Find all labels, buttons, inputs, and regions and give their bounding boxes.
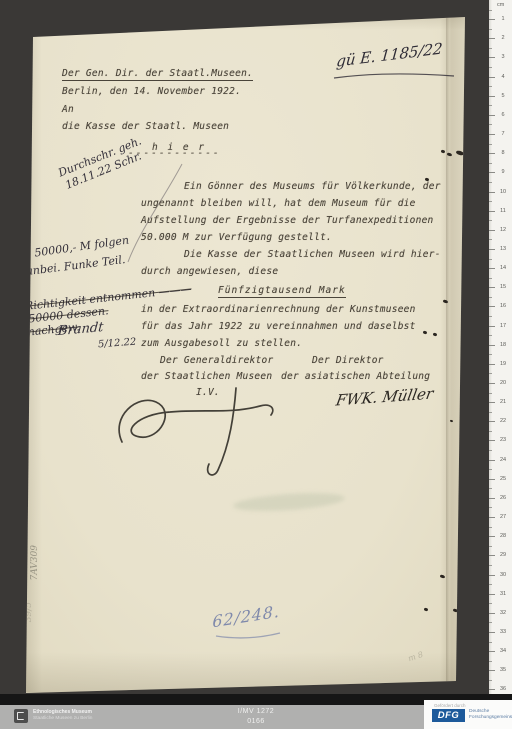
ruler-half-tick	[489, 10, 492, 11]
ruler-cm-tick	[489, 287, 495, 288]
ruler-cm-number: 17	[496, 323, 510, 329]
punch-hole	[424, 608, 429, 612]
edge-inventory-mark-2: 39/5	[24, 602, 34, 622]
ruler-cm-number: 34	[496, 648, 510, 654]
ruler-half-tick	[489, 105, 492, 106]
ruler-cm-tick	[489, 172, 495, 173]
ruler-cm-number: 9	[496, 169, 510, 175]
ruler-cm-tick	[489, 115, 495, 116]
signer-title-right: Der Direktor	[312, 355, 384, 366]
ruler-cm-tick	[489, 555, 495, 556]
body-paragraph1-line4: 50.000 M zur Verfügung gestellt.	[141, 232, 332, 243]
punch-hole	[453, 608, 459, 612]
punch-hole	[441, 150, 446, 154]
edge-inventory-mark-1: 7AV309	[30, 545, 40, 580]
margin-note-signature: Brandt	[57, 320, 104, 339]
ruler-cm-tick	[489, 498, 495, 499]
ruler-cm-number: 23	[496, 437, 510, 443]
ruler-cm-number: 13	[496, 246, 510, 252]
ruler-cm-tick	[489, 479, 495, 480]
punch-hole	[450, 420, 453, 423]
ruler-cm-number: 20	[496, 380, 510, 386]
ruler-half-tick	[489, 316, 492, 317]
body-paragraph3-line2: für das Jahr 1922 zu vereinnahmen und da…	[141, 321, 416, 332]
ruler-half-tick	[489, 144, 492, 145]
funder-patch: Gefördert durch DFG Deutsche Forschungsg…	[424, 700, 512, 729]
body-paragraph2-line2: durch angewiesen, diese	[141, 266, 278, 277]
ruler-cm-number: 28	[496, 533, 510, 539]
ruler-cm-number: 5	[496, 93, 510, 99]
signer-subtitle-right: der asiatischen Abteilung	[281, 371, 430, 382]
body-paragraph1-line3: Aufstellung der Ergebnisse der Turfanexp…	[141, 215, 434, 226]
ruler-cm-number: 10	[496, 189, 510, 195]
ruler-half-tick	[489, 182, 492, 183]
ruler-half-tick	[489, 373, 492, 374]
ruler-cm-tick	[489, 689, 495, 690]
ruler-half-tick	[489, 29, 492, 30]
ruler-cm-tick	[489, 402, 495, 403]
ruler-cm-tick	[489, 632, 495, 633]
body-paragraph2-line1: Die Kasse der Staatlichen Museen wird hi…	[184, 249, 441, 260]
paper-edge-shadow-top	[30, 16, 466, 30]
sender-line: Der Gen. Dir. der Staatl.Museen.	[62, 68, 253, 81]
ruler-cm-number: 16	[496, 303, 510, 309]
scan-background: gü E. 1185/22 Der Gen. Dir. der Staatl.M…	[0, 0, 512, 729]
ruler-half-tick	[489, 335, 492, 336]
ruler-unit-label: cm	[497, 2, 504, 8]
body-paragraph3-line3: zum Ausgabesoll zu stellen.	[141, 338, 302, 349]
ruler-cm-number: 33	[496, 629, 510, 635]
ruler-cm-number: 22	[496, 418, 510, 424]
ruler-cm-number: 2	[496, 35, 510, 41]
ruler-half-tick	[489, 86, 492, 87]
signature-generaldirektor	[108, 382, 293, 477]
ruler-cm-number: 24	[496, 457, 510, 463]
amount-line: Fünfzigtausend Mark	[218, 285, 346, 298]
ruler-cm-tick	[489, 192, 495, 193]
paper-crease-line	[446, 16, 449, 682]
ruler-cm-number: 25	[496, 476, 510, 482]
ruler-half-tick	[489, 259, 492, 260]
dfg-logo: DFG	[432, 709, 465, 722]
ruler-cm-number: 15	[496, 284, 510, 290]
registry-number-handwritten: gü E. 1185/22	[336, 39, 444, 70]
ruler-cm-number: 26	[496, 495, 510, 501]
ruler-cm-number: 18	[496, 342, 510, 348]
ruler-half-tick	[489, 297, 492, 298]
ruler-cm-number: 7	[496, 131, 510, 137]
ruler-half-tick	[489, 622, 492, 623]
paper-edge-shadow-left	[26, 30, 42, 692]
ruler-cm-number: 21	[496, 399, 510, 405]
ruler-half-tick	[489, 565, 492, 566]
signature-fwk-mueller: FWK. Müller	[335, 384, 435, 409]
ruler-half-tick	[489, 642, 492, 643]
ruler-cm-tick	[489, 575, 495, 576]
ruler-cm-number: 30	[496, 572, 510, 578]
ruler-half-tick	[489, 527, 492, 528]
ruler-half-tick	[489, 431, 492, 432]
ruler-cm-tick	[489, 651, 495, 652]
ruler-half-tick	[489, 450, 492, 451]
salutation-line: An	[62, 104, 74, 115]
ruler-cm-number: 12	[496, 227, 510, 233]
ruler-cm-tick	[489, 306, 495, 307]
ruler-cm-number: 4	[496, 74, 510, 80]
paper-edge-shadow-right	[440, 14, 466, 682]
ruler-cm-number: 6	[496, 112, 510, 118]
registry-underline-stroke	[330, 70, 460, 82]
ruler-cm-number: 3	[496, 54, 510, 60]
document-paper: gü E. 1185/22 Der Gen. Dir. der Staatl.M…	[0, 0, 512, 729]
ruler-half-tick	[489, 239, 492, 240]
ruler-cm-number: 27	[496, 514, 510, 520]
measurement-ruler: cm 1234567891011121314151617181920212223…	[489, 0, 512, 699]
funder-org-line2: Forschungsgemeinschaft	[469, 715, 512, 720]
punch-hole	[443, 299, 449, 303]
ruler-half-tick	[489, 488, 492, 489]
scan-footer-bar: Ethnologisches Museum Staatliche Museen …	[0, 705, 512, 729]
ruler-cm-tick	[489, 517, 495, 518]
ruler-cm-number: 19	[496, 361, 510, 367]
ruler-cm-tick	[489, 96, 495, 97]
ruler-half-tick	[489, 278, 492, 279]
ruler-cm-number: 31	[496, 591, 510, 597]
ruler-half-tick	[489, 67, 492, 68]
ruler-half-tick	[489, 603, 492, 604]
ruler-cm-tick	[489, 38, 495, 39]
ruler-half-tick	[489, 412, 492, 413]
ruler-half-tick	[489, 48, 492, 49]
ruler-cm-tick	[489, 19, 495, 20]
punch-hole	[456, 150, 465, 156]
paper-edge-shadow-bottom	[26, 652, 462, 694]
corner-pencil-mark: m 8	[407, 650, 424, 663]
ruler-cm-tick	[489, 440, 495, 441]
punch-hole	[440, 574, 446, 578]
ruler-half-tick	[489, 220, 492, 221]
ruler-half-tick	[489, 163, 492, 164]
ruler-cm-tick	[489, 421, 495, 422]
ruler-cm-tick	[489, 364, 495, 365]
ruler-cm-tick	[489, 249, 495, 250]
body-paragraph1-line2: ungenannt bleiben will, hat dem Museum f…	[141, 198, 416, 209]
ruler-cm-tick	[489, 670, 495, 671]
ruler-cm-tick	[489, 536, 495, 537]
ruler-cm-number: 29	[496, 552, 510, 558]
ruler-cm-tick	[489, 326, 495, 327]
ruler-half-tick	[489, 584, 492, 585]
ruler-cm-tick	[489, 594, 495, 595]
ruler-cm-number: 8	[496, 150, 510, 156]
margin-note-date: 5/12.22	[98, 337, 137, 351]
ruler-half-tick	[489, 680, 492, 681]
ruler-cm-number: 1	[496, 16, 510, 22]
ruler-cm-tick	[489, 460, 495, 461]
blue-pencil-page-number: 62/248.	[212, 602, 280, 632]
ruler-half-tick	[489, 507, 492, 508]
punch-hole	[447, 152, 453, 156]
ruler-cm-tick	[489, 77, 495, 78]
ruler-half-tick	[489, 354, 492, 355]
ruler-cm-tick	[489, 268, 495, 269]
ruler-cm-number: 36	[496, 686, 510, 692]
ruler-cm-tick	[489, 211, 495, 212]
ruler-cm-tick	[489, 134, 495, 135]
ruler-cm-tick	[489, 613, 495, 614]
ruler-half-tick	[489, 124, 492, 125]
ruler-cm-tick	[489, 230, 495, 231]
funder-label: Gefördert durch	[434, 703, 466, 708]
punch-hole	[433, 333, 438, 337]
body-paragraph1-line1: Ein Gönner des Museums für Völkerkunde, …	[184, 181, 441, 192]
ruler-cm-tick	[489, 57, 495, 58]
ruler-half-tick	[489, 546, 492, 547]
signer-subtitle-left: der Staatlichen Museen	[141, 371, 272, 382]
erased-pencil-smudge	[233, 490, 346, 514]
ruler-cm-number: 14	[496, 265, 510, 271]
ruler-half-tick	[489, 201, 492, 202]
ruler-cm-tick	[489, 383, 495, 384]
ruler-cm-tick	[489, 345, 495, 346]
ruler-half-tick	[489, 469, 492, 470]
punch-hole	[423, 331, 428, 335]
ruler-half-tick	[489, 661, 492, 662]
ruler-cm-number: 32	[496, 610, 510, 616]
ruler-cm-tick	[489, 153, 495, 154]
ruler-cm-number: 11	[496, 208, 510, 214]
blue-pencil-underline	[214, 630, 284, 642]
signer-title-left: Der Generaldirektor	[160, 355, 273, 366]
date-line: Berlin, den 14. November 1922.	[62, 86, 241, 97]
ruler-half-tick	[489, 393, 492, 394]
funder-org-line1: Deutsche	[469, 709, 489, 714]
ruler-cm-number: 35	[496, 667, 510, 673]
recipient-line: die Kasse der Staatl. Museen	[62, 121, 229, 132]
